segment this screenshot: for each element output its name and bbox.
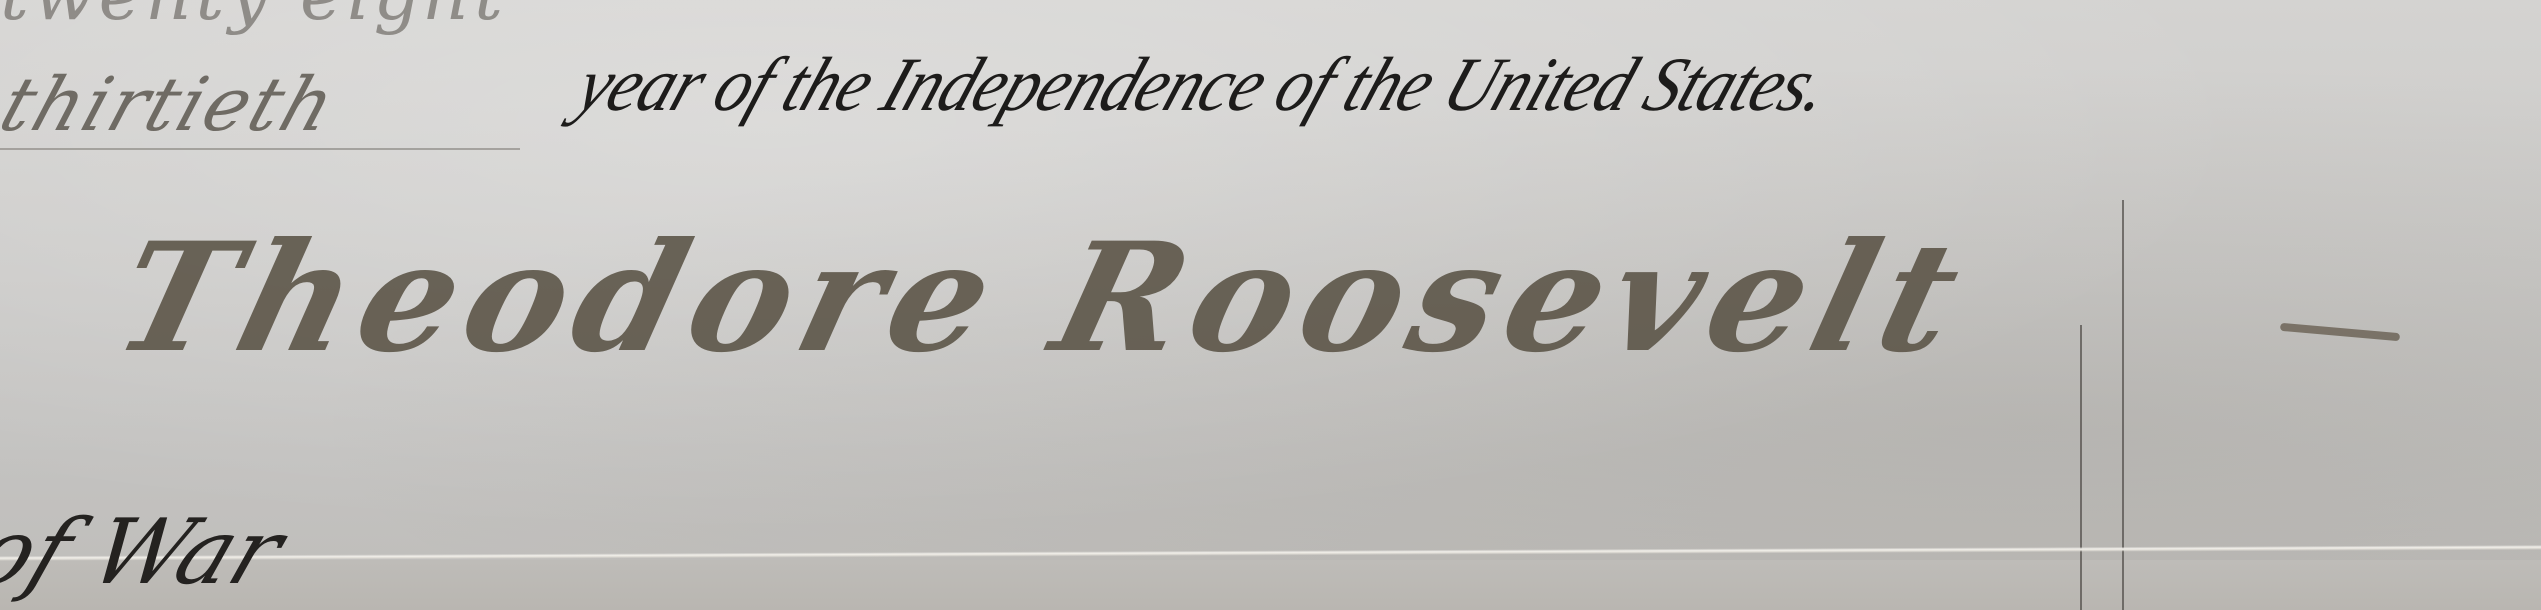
printed-independence-text: year of the Independence of the United S… [565,42,1842,130]
bottom-office-fragment: of War [0,500,297,605]
president-signature: Theodore Roosevelt [100,210,1985,386]
top-handwritten-fragment: twenty eight [0,0,507,36]
margin-rule-left [2080,325,2082,610]
handwritten-ordinal-year: thirtieth [0,62,347,148]
document-lower-section [0,560,2541,610]
fill-in-rule-line [0,148,520,150]
